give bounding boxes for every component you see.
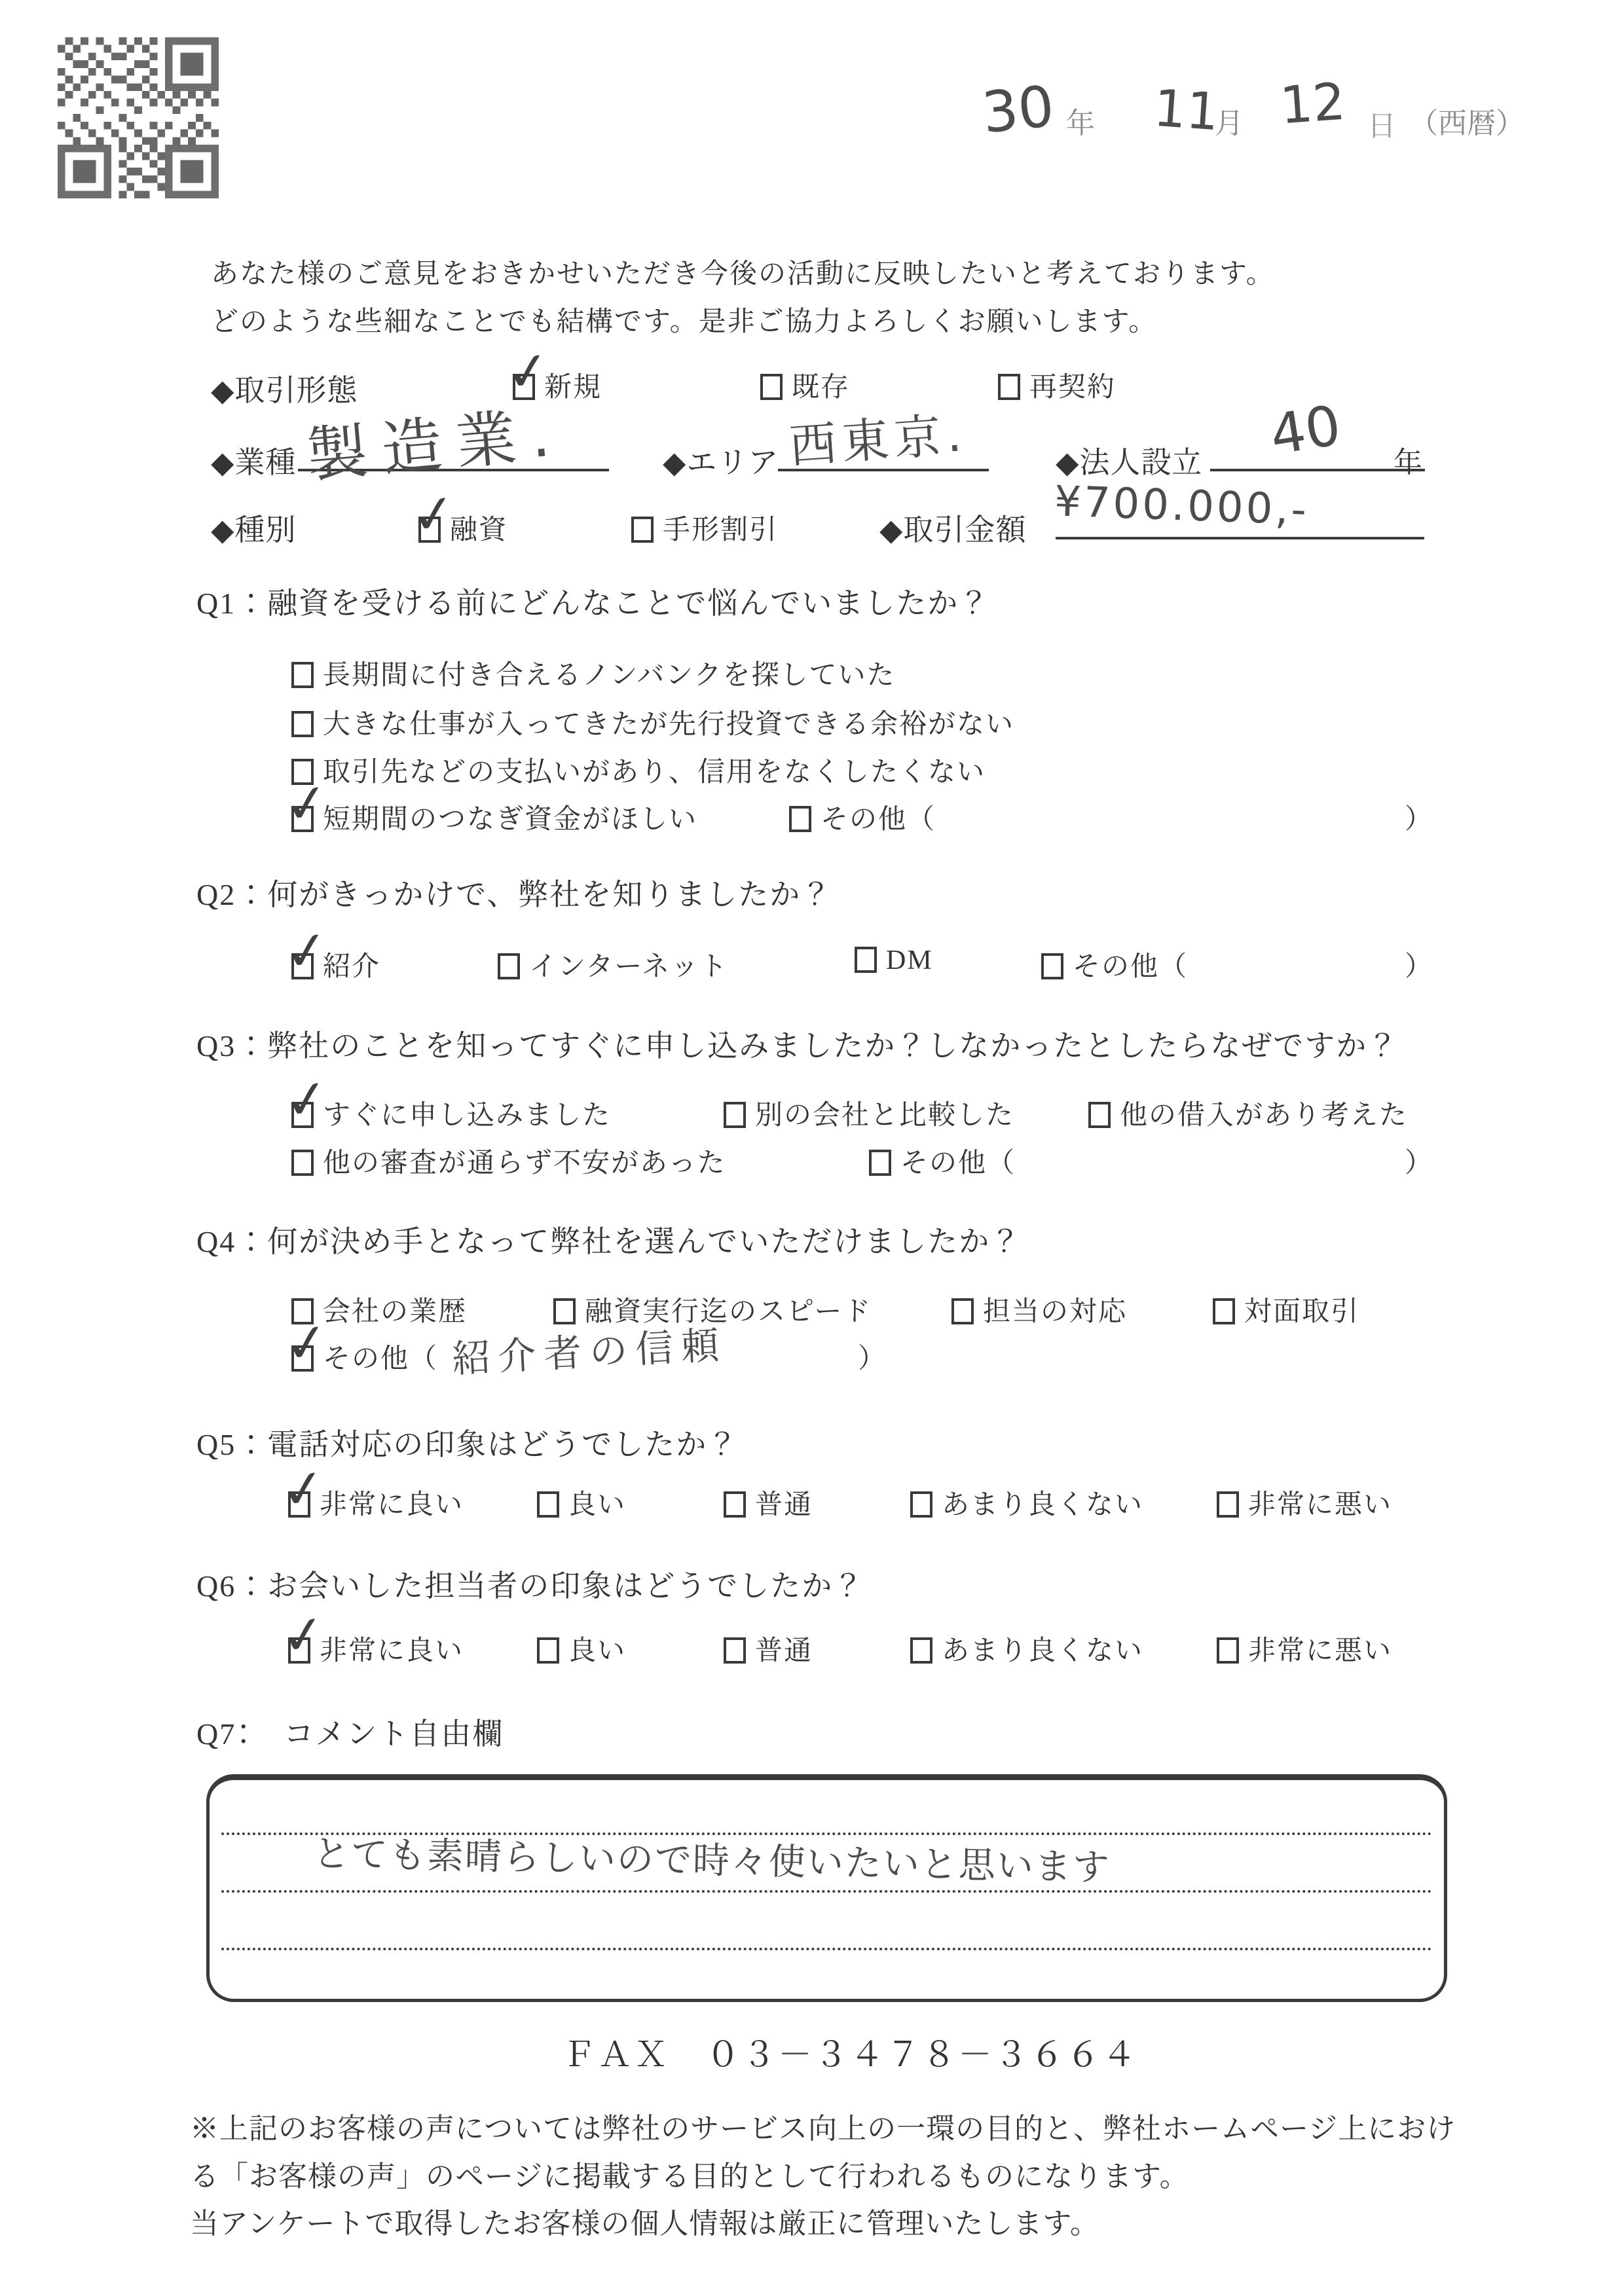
field-label-amount: ◆取引金額 — [879, 506, 1026, 549]
option-q3-other[interactable]: その他（ — [869, 1141, 1016, 1180]
question-1-title: Q1：融資を受ける前にどんなことで悩んでいましたか？ — [196, 579, 990, 623]
checkbox-q3-other[interactable] — [869, 1150, 891, 1176]
option-label: その他（ — [821, 805, 936, 835]
date-month-value: 11 — [1152, 79, 1221, 143]
option-q5-4[interactable]: あまり良くない — [910, 1483, 1143, 1522]
field-label-category: ◆種別 — [211, 506, 296, 549]
field-label-industry: ◆業種 — [211, 439, 296, 482]
checkbox-bill-discount[interactable] — [631, 517, 654, 543]
checkbox-q5-5[interactable] — [1217, 1491, 1239, 1518]
footer-line-1: ※上記のお客様の声については弊社のサービス向上の一環の目的と、弊社ホームページ上… — [190, 2105, 1456, 2147]
q4-other-close-paren: ） — [858, 1337, 887, 1376]
option-label: その他（ — [323, 1344, 438, 1374]
checkbox-q5-3[interactable] — [724, 1491, 746, 1518]
option-label: あまり良くない — [942, 1490, 1143, 1520]
founded-handwritten-value: 40 — [1266, 393, 1345, 467]
q1-other-close-paren: ） — [1405, 797, 1433, 837]
checkbox-q1-other[interactable] — [789, 806, 811, 832]
option-label: 再契約 — [1029, 373, 1116, 403]
checkbox-q6-5[interactable] — [1217, 1637, 1239, 1664]
option-category-loan[interactable]: 融資 — [418, 508, 507, 547]
option-q3-1[interactable]: すぐに申し込みました — [291, 1093, 611, 1133]
option-q1-3[interactable]: 取引先などの支払いがあり、信用をなくしたくない — [291, 750, 986, 790]
checkbox-q2-other[interactable] — [1041, 953, 1063, 979]
option-q6-5[interactable]: 非常に悪い — [1217, 1629, 1392, 1668]
option-q2-3[interactable]: DM — [855, 945, 933, 976]
option-label: 既存 — [792, 373, 849, 403]
checkbox-q2-3[interactable] — [855, 947, 877, 973]
option-q4-3[interactable]: 担当の対応 — [951, 1290, 1127, 1329]
option-label: 会社の業歴 — [323, 1297, 467, 1327]
option-label: 他の借入があり考えた — [1120, 1101, 1408, 1131]
checkbox-q5-2[interactable] — [537, 1491, 559, 1518]
q3-other-close-paren: ） — [1405, 1141, 1433, 1180]
comment-box[interactable] — [206, 1774, 1447, 2002]
option-label: 他の審査が通らず不安があった — [323, 1148, 726, 1178]
field-label-transaction-type: ◆取引形態 — [211, 367, 358, 410]
area-handwritten-value: 西東京. — [787, 396, 969, 477]
checkbox-q3-3[interactable] — [1088, 1102, 1111, 1128]
checkbox-q6-1[interactable] — [288, 1637, 310, 1664]
question-5-title: Q5：電話対応の印象はどうでしたか？ — [196, 1421, 739, 1464]
option-label: 非常に悪い — [1248, 1636, 1392, 1666]
option-q5-2[interactable]: 良い — [537, 1483, 626, 1522]
option-q5-5[interactable]: 非常に悪い — [1217, 1483, 1392, 1522]
option-label: 非常に良い — [320, 1490, 464, 1520]
checkbox-q3-1[interactable] — [291, 1102, 314, 1128]
option-label: 普通 — [755, 1636, 813, 1666]
scanned-survey-page: { "colors": { "ink": "#343434", "handwri… — [0, 0, 1624, 2296]
checkbox-q5-1[interactable] — [288, 1491, 310, 1518]
option-label: 大きな仕事が入ってきたが先行投資できる余裕がない — [323, 710, 1014, 740]
option-q4-other[interactable]: その他（ — [291, 1337, 438, 1376]
option-label: 手形割引 — [663, 515, 778, 545]
option-keitai-renewal[interactable]: 再契約 — [998, 365, 1116, 405]
option-label: 短期間のつなぎ資金がほしい — [323, 805, 697, 835]
option-label: 担当の対応 — [983, 1297, 1127, 1327]
option-q6-3[interactable]: 普通 — [724, 1629, 813, 1668]
checkbox-q6-2[interactable] — [537, 1637, 559, 1664]
date-year-unit: 年 — [1066, 100, 1095, 141]
option-q1-other[interactable]: その他（ — [789, 797, 936, 837]
date-month-unit: 月 — [1215, 100, 1244, 141]
checkbox-q1-2[interactable] — [291, 711, 314, 737]
option-q5-1[interactable]: 非常に良い — [288, 1483, 464, 1522]
founded-unit: 年 — [1393, 439, 1422, 481]
checkbox-q4-4[interactable] — [1213, 1298, 1235, 1324]
date-day-value: 12 — [1278, 73, 1347, 136]
date-era-note: （西暦） — [1409, 100, 1524, 141]
date-day-unit: 日 — [1367, 102, 1396, 144]
q4-other-handwritten-value: 紹介者の信頼 — [451, 1314, 728, 1383]
option-q6-2[interactable]: 良い — [537, 1629, 626, 1668]
option-label: 対面取引 — [1244, 1297, 1359, 1327]
option-label: 良い — [568, 1636, 626, 1666]
checkbox-q4-other[interactable] — [291, 1345, 314, 1372]
checkbox-q3-4[interactable] — [291, 1150, 314, 1176]
option-category-bill-discount[interactable]: 手形割引 — [631, 508, 778, 547]
option-label: 取引先などの支払いがあり、信用をなくしたくない — [323, 757, 986, 788]
footer-line-2: る「お客様の声」のページに掲載する目的として行われるものになります。 — [190, 2153, 1189, 2195]
checkbox-q1-4[interactable] — [291, 806, 314, 832]
option-label: 別の会社と比較した — [755, 1101, 1014, 1131]
option-label: あまり良くない — [942, 1636, 1143, 1666]
checkbox-q6-3[interactable] — [724, 1637, 746, 1664]
option-keitai-existing[interactable]: 既存 — [760, 365, 849, 405]
field-label-area: ◆エリア — [663, 439, 779, 482]
option-label: その他（ — [1073, 952, 1188, 982]
option-label: すぐに申し込みました — [323, 1101, 611, 1131]
option-label: DM — [886, 945, 933, 975]
option-q6-1[interactable]: 非常に良い — [288, 1629, 464, 1668]
option-q1-1[interactable]: 長期間に付き合えるノンバンクを探していた — [291, 653, 896, 693]
field-label-founded: ◆法人設立 — [1056, 439, 1202, 482]
option-q6-4[interactable]: あまり良くない — [910, 1629, 1143, 1668]
comment-guide-line-2 — [221, 1890, 1432, 1893]
option-q2-other[interactable]: その他（ — [1041, 945, 1188, 984]
amount-handwritten-value: ¥700.000,- — [1054, 477, 1310, 535]
comment-guide-line-3 — [221, 1948, 1432, 1950]
checkbox-q2-1[interactable] — [291, 953, 314, 979]
checkbox-q3-2[interactable] — [724, 1102, 746, 1128]
option-label: 非常に良い — [320, 1636, 464, 1666]
checkbox-q6-4[interactable] — [910, 1637, 932, 1664]
option-label: 普通 — [755, 1490, 813, 1520]
fax-number: ＦＡＸ ０３－３４７８－３６６４ — [562, 2027, 1138, 2076]
qr-code — [58, 37, 219, 199]
option-q3-3[interactable]: 他の借入があり考えた — [1088, 1093, 1408, 1133]
footer-line-3: 当アンケートで取得したお客様の個人情報は厳正に管理いたします。 — [190, 2200, 1099, 2242]
checkbox-existing[interactable] — [760, 374, 783, 400]
option-q5-3[interactable]: 普通 — [724, 1483, 813, 1522]
founded-fill-line[interactable] — [1210, 469, 1425, 471]
checkbox-q5-4[interactable] — [910, 1491, 932, 1518]
question-2-title: Q2：何がきっかけで、弊社を知りましたか？ — [196, 871, 832, 914]
checkbox-loan[interactable] — [418, 517, 441, 543]
option-label: その他（ — [900, 1148, 1016, 1178]
option-q1-4[interactable]: 短期間のつなぎ資金がほしい — [291, 797, 697, 837]
checkbox-renewal[interactable] — [998, 374, 1020, 400]
intro-line-2: どのような些細なことでも結構です。是非ご協力よろしくお願いします。 — [211, 300, 1157, 339]
checkbox-q4-2[interactable] — [553, 1298, 576, 1324]
option-q1-2[interactable]: 大きな仕事が入ってきたが先行投資できる余裕がない — [291, 702, 1014, 742]
question-6-title: Q6：お会いした担当者の印象はどうでしたか？ — [196, 1562, 864, 1605]
checkbox-q2-2[interactable] — [498, 953, 520, 979]
option-q2-1[interactable]: 紹介 — [291, 945, 380, 984]
amount-fill-line[interactable] — [1056, 537, 1424, 539]
q2-other-close-paren: ） — [1405, 945, 1433, 984]
question-4-title: Q4：何が決め手となって弊社を選んでいただけましたか？ — [196, 1218, 1022, 1261]
option-label: インターネット — [529, 952, 728, 982]
option-q4-4[interactable]: 対面取引 — [1213, 1290, 1359, 1329]
option-q3-2[interactable]: 別の会社と比較した — [724, 1093, 1014, 1133]
checkbox-q4-3[interactable] — [951, 1298, 974, 1324]
date-year-value: 30 — [979, 74, 1057, 147]
question-7-title: Q7： コメント自由欄 — [196, 1710, 504, 1753]
option-label: 非常に悪い — [1248, 1490, 1392, 1520]
question-3-title: Q3：弊社のことを知ってすぐに申し込みましたか？しなかったとしたらなぜですか？ — [196, 1022, 1399, 1065]
checkbox-q1-1[interactable] — [291, 662, 314, 688]
intro-line-1: あなた様のご意見をおきかせいただき今後の活動に反映したいと考えております。 — [211, 252, 1275, 291]
option-q2-2[interactable]: インターネット — [498, 945, 728, 984]
option-label: 長期間に付き合えるノンバンクを探していた — [323, 661, 896, 691]
option-label: 良い — [568, 1490, 626, 1520]
option-q3-4[interactable]: 他の審査が通らず不安があった — [291, 1141, 726, 1180]
